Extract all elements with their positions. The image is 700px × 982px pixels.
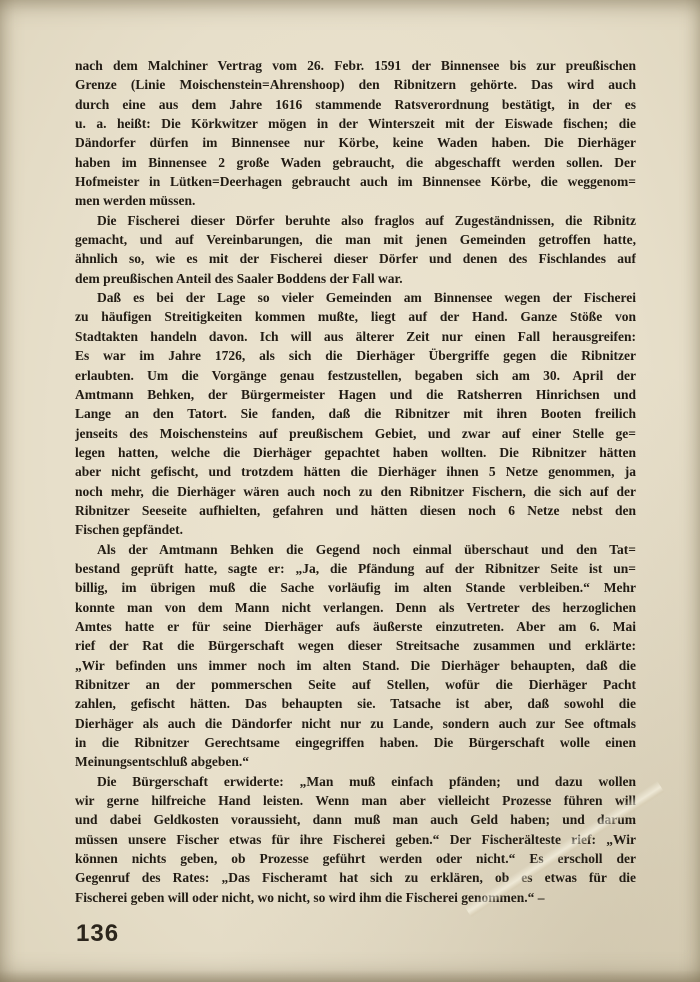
text-line: legen hatten, welche die Dierhäger gepac… [75,443,636,462]
text-line: Die Bürgerschaft erwiderte: „Man muß ein… [75,772,636,791]
paragraph: Als der Amtmann Behken die Gegend noch e… [75,540,636,772]
text-line: Grenze (Linie Moischenstein=Ahrenshoop) … [75,75,636,94]
text-line: in die Ribnitzer Gerechtsame eingegriffe… [75,733,636,752]
text-line: Es war im Jahre 1726, als sich die Dierh… [75,346,636,365]
text-line: zahlen, gefischt hätten. Das behaupten s… [75,694,636,713]
text-line: Amtmann Behken, der Bürgermeister Hagen … [75,385,636,404]
text-line: Die Fischerei dieser Dörfer beruhte also… [75,211,636,230]
text-block: nach dem Malchiner Vertrag vom 26. Febr.… [75,56,636,907]
text-line: aber nicht gefischt, und trotzdem hätten… [75,462,636,481]
text-line: bestand geprüft hatte, sagte er: „Ja, di… [75,559,636,578]
text-line: Gegenruf des Rates: „Das Fischeramt hat … [75,868,636,887]
text-line: noch mehr, die Dierhäger wären auch noch… [75,482,636,501]
text-line: Amtes hatte er für seine Dierhäger aufs … [75,617,636,636]
text-line: können nichts geben, ob Prozesse geführt… [75,849,636,868]
text-line: erlaubten. Um die Vorgänge genau festzus… [75,366,636,385]
text-line: Fischen gepfändet. [75,520,636,539]
text-line: Daß es bei der Lage so vieler Gemeinden … [75,288,636,307]
paragraph: nach dem Malchiner Vertrag vom 26. Febr.… [75,56,636,211]
text-line: Hofmeister in Lütken=Deerhagen gebraucht… [75,172,636,191]
text-line: billig, im übrigen muß die Sache vorläuf… [75,578,636,597]
text-line: „Wir befinden uns immer noch im alten St… [75,656,636,675]
text-line: müssen unsere Fischer etwas für ihre Fis… [75,830,636,849]
text-line: Dändorfer dürfen im Binnensee nur Körbe,… [75,133,636,152]
text-line: Als der Amtmann Behken die Gegend noch e… [75,540,636,559]
text-line: men werden müssen. [75,191,636,210]
text-line: Fischerei geben will oder nicht, wo nich… [75,888,636,907]
text-line: dem preußischen Anteil des Saaler Bodden… [75,269,636,288]
text-line: u. a. heißt: Die Körkwitzer mögen in der… [75,114,636,133]
text-line: Ribnitzer Seeseite aufhielten, gefahren … [75,501,636,520]
text-line: nach dem Malchiner Vertrag vom 26. Febr.… [75,56,636,75]
text-line: zu häufigen Streitigkeiten kommen mußte,… [75,307,636,326]
scanned-book-page: nach dem Malchiner Vertrag vom 26. Febr.… [0,0,700,982]
paragraph: Daß es bei der Lage so vieler Gemeinden … [75,288,636,539]
text-line: haben im Binnensee 2 große Waden gebrauc… [75,153,636,172]
text-line: ähnlich so, wie es mit der Fischerei die… [75,249,636,268]
paragraph: Die Fischerei dieser Dörfer beruhte also… [75,211,636,288]
text-line: gemacht, und auf Vereinbarungen, die man… [75,230,636,249]
text-line: Meinungsentschluß abgeben.“ [75,752,636,771]
paragraph: Die Bürgerschaft erwiderte: „Man muß ein… [75,772,636,907]
text-line: Ribnitzer an der pommerschen Seite auf S… [75,675,636,694]
text-line: konnte man von dem Mann nicht verlangen.… [75,598,636,617]
text-line: jenseits des Moischensteins auf preußisc… [75,424,636,443]
text-line: wir gerne hilfreiche Hand leisten. Wenn … [75,791,636,810]
page-number: 136 [76,920,119,948]
text-line: Lange an den Tatort. Sie fanden, daß die… [75,404,636,423]
text-line: und dabei Geldkosten voraussieht, dann m… [75,810,636,829]
text-line: rief der Rat die Bürgerschaft wegen dies… [75,636,636,655]
text-line: durch eine aus dem Jahre 1616 stammende … [75,95,636,114]
text-line: Stadtakten handeln davon. Ich will aus ä… [75,327,636,346]
text-line: Dierhäger als auch die Dändorfer nicht n… [75,714,636,733]
